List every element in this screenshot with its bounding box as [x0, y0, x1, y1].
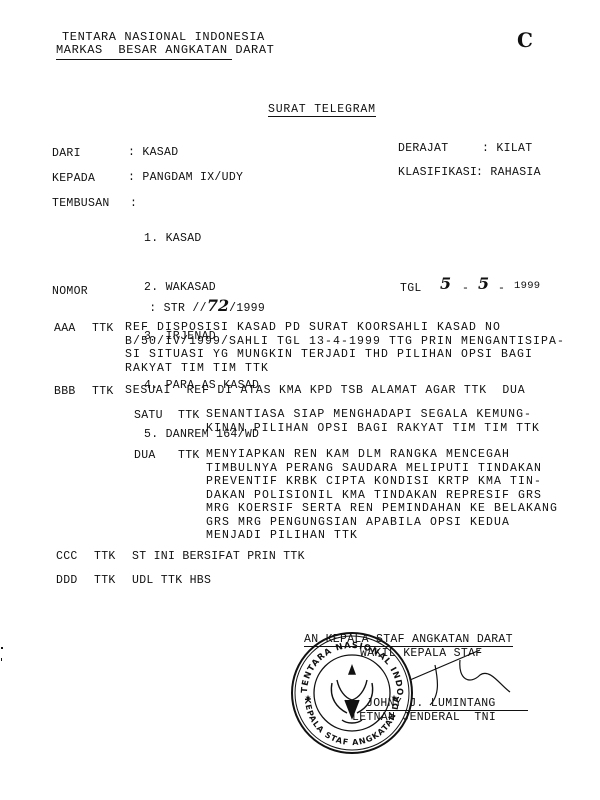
letterhead-underline — [56, 59, 232, 60]
dari-value: : KASAD — [128, 146, 178, 159]
letterhead-line-1: TENTARA NASIONAL INDONESIA — [62, 30, 265, 44]
tembusan-item: 1. KASAD — [144, 232, 259, 245]
tgl-month: 5 — [478, 274, 489, 293]
ccc-label: CCC — [56, 550, 78, 563]
satu-label: SATU — [134, 409, 163, 422]
nomor-value: : STR //72/1999 — [130, 278, 265, 316]
ddd-ttk: TTK — [94, 574, 116, 587]
scan-speck — [1, 658, 2, 661]
scan-speck — [1, 647, 3, 649]
tgl-sep-1: - — [462, 282, 469, 295]
dua-ttk: TTK — [178, 449, 200, 462]
tembusan-colon: : — [130, 197, 137, 210]
nomor-prefix: : STR // — [149, 302, 207, 315]
derajat-value: : KILAT — [482, 142, 532, 155]
dari-label: DARI — [52, 147, 81, 160]
letterhead-line-2: MARKAS BESAR ANGKATAN DARAT — [56, 43, 274, 57]
nomor-label: NOMOR — [52, 285, 88, 298]
ddd-label: DDD — [56, 574, 78, 587]
derajat-label: DERAJAT — [398, 142, 448, 155]
klasifikasi-label: KLASIFIKASI — [398, 166, 477, 179]
ccc-ttk: TTK — [94, 550, 116, 563]
bbb-text: SESUAI REF DI ATAS KMA KPD TSB ALAMAT AG… — [125, 384, 525, 398]
ccc-text: ST INI BERSIFAT PRIN TTK — [132, 550, 305, 563]
dua-label: DUA — [134, 449, 156, 462]
kepada-value: : PANGDAM IX/UDY — [128, 171, 243, 184]
corner-mark: C — [517, 28, 533, 52]
tgl-sep-2: - — [498, 282, 505, 295]
stamp-star-right-icon: ★ — [391, 693, 397, 704]
dua-text: MENYIAPKAN REN KAM DLM RANGKA MENCEGAH T… — [206, 448, 558, 543]
kepada-label: KEPADA — [52, 172, 95, 185]
aaa-label: AAA — [54, 322, 76, 335]
klasifikasi-value: : RAHASIA — [476, 166, 541, 179]
handwritten-signature — [400, 640, 520, 720]
garuda-emblem-icon — [331, 666, 372, 723]
tembusan-label: TEMBUSAN — [52, 197, 110, 210]
document-title: SURAT TELEGRAM — [268, 103, 376, 117]
stamp-star-left-icon: ★ — [305, 693, 311, 704]
nomor-handwritten: 72 — [207, 296, 229, 315]
bbb-ttk: TTK — [92, 385, 114, 398]
satu-ttk: TTK — [178, 409, 200, 422]
aaa-ttk: TTK — [92, 322, 114, 335]
tgl-year: 1999 — [514, 280, 540, 293]
aaa-text: REF DISPOSISI KASAD PD SURAT KOORSAHLI K… — [125, 321, 565, 375]
bbb-label: BBB — [54, 385, 76, 398]
satu-text: SENANTIASA SIAP MENGHADAPI SEGALA KEMUNG… — [206, 408, 540, 435]
nomor-suffix: /1999 — [229, 302, 265, 315]
ddd-text: UDL TTK HBS — [132, 574, 211, 587]
tgl-label: TGL — [400, 282, 422, 295]
official-stamp: TENTARA NASIONAL INDONESIA KEPALA STAF A… — [287, 628, 417, 758]
tgl-day: 5 — [440, 274, 451, 293]
